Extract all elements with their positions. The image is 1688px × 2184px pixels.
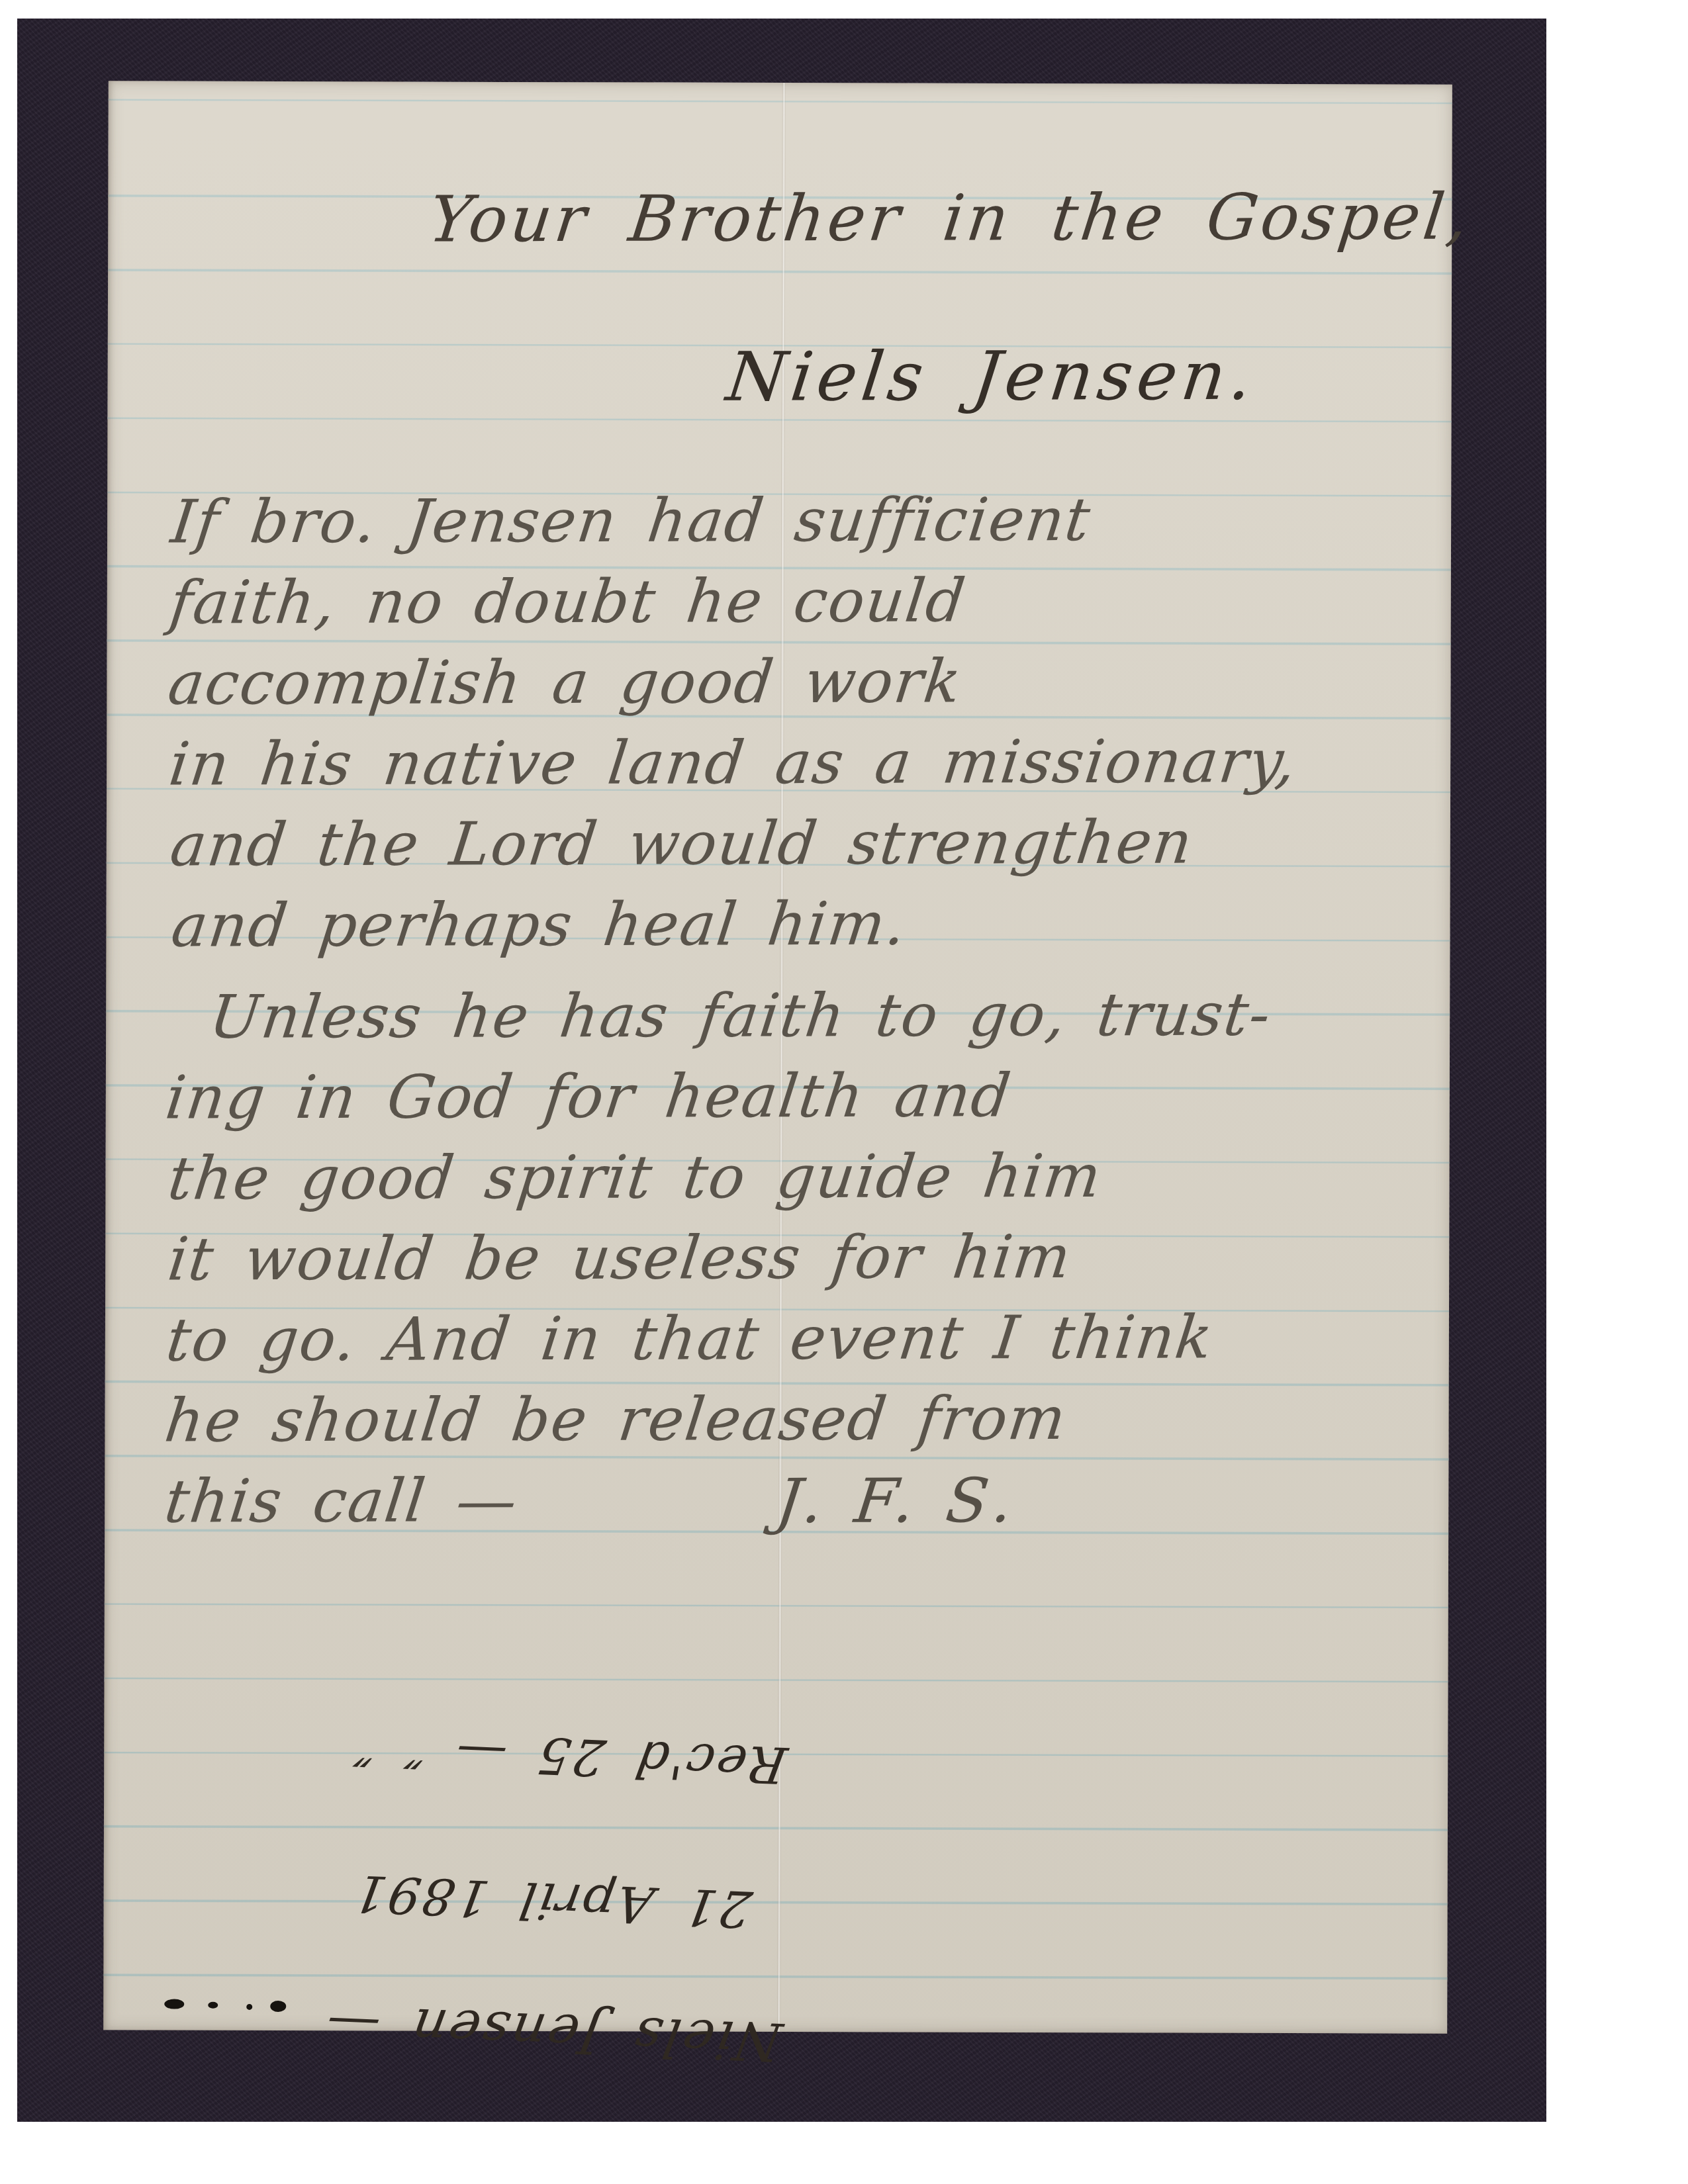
body-line-12: he should be released from — [162, 1389, 1070, 1451]
docket-line-received: Rec'd 25 — ″ ″ — [349, 1722, 790, 1790]
body-line-5: and the Lord would strengthen — [167, 813, 1197, 876]
ink-blot — [246, 2004, 252, 2010]
body-line-13: this call — — [162, 1471, 521, 1531]
body-line-1: If bro. Jensen had sufficient — [168, 490, 1094, 553]
scan-page: Your Brother in the Gospel, Niels Jensen… — [0, 0, 1688, 2184]
body-line-11: to go. And in that event I think — [164, 1308, 1217, 1370]
docket-block: Niels Jensen — 21 April 1891 Rec'd 25 — … — [161, 1646, 801, 2078]
ink-blot — [208, 2002, 218, 2009]
closing-line: Your Brother in the Gospel, — [426, 185, 1474, 251]
body-line-2: faith, no doubt he could — [167, 571, 969, 633]
body-line-6: and perhaps heal him. — [168, 895, 910, 956]
body-line-4: in his native land as a missionary, — [166, 732, 1300, 794]
signature-niels-jensen: Niels Jensen. — [724, 343, 1260, 412]
body-line-7: Unless he has faith to go, trust- — [207, 985, 1274, 1048]
ink-blot — [270, 2001, 286, 2012]
body-line-9: the good spirit to guide him — [165, 1147, 1105, 1209]
docket-line-name: Niels Jensen — — [320, 1997, 785, 2068]
body-line-8: ing in God for health and — [163, 1066, 1015, 1128]
ink-blot — [164, 1999, 184, 2009]
body-line-3: accomplish a good work — [165, 652, 965, 713]
docket-line-date: 21 April 1891 — [348, 1868, 755, 1934]
body-line-10: it would be useless for him — [165, 1228, 1075, 1290]
postscript-initials: J. F. S. — [773, 1471, 1023, 1532]
letter-paper: Your Brother in the Gospel, Niels Jensen… — [103, 81, 1452, 2033]
